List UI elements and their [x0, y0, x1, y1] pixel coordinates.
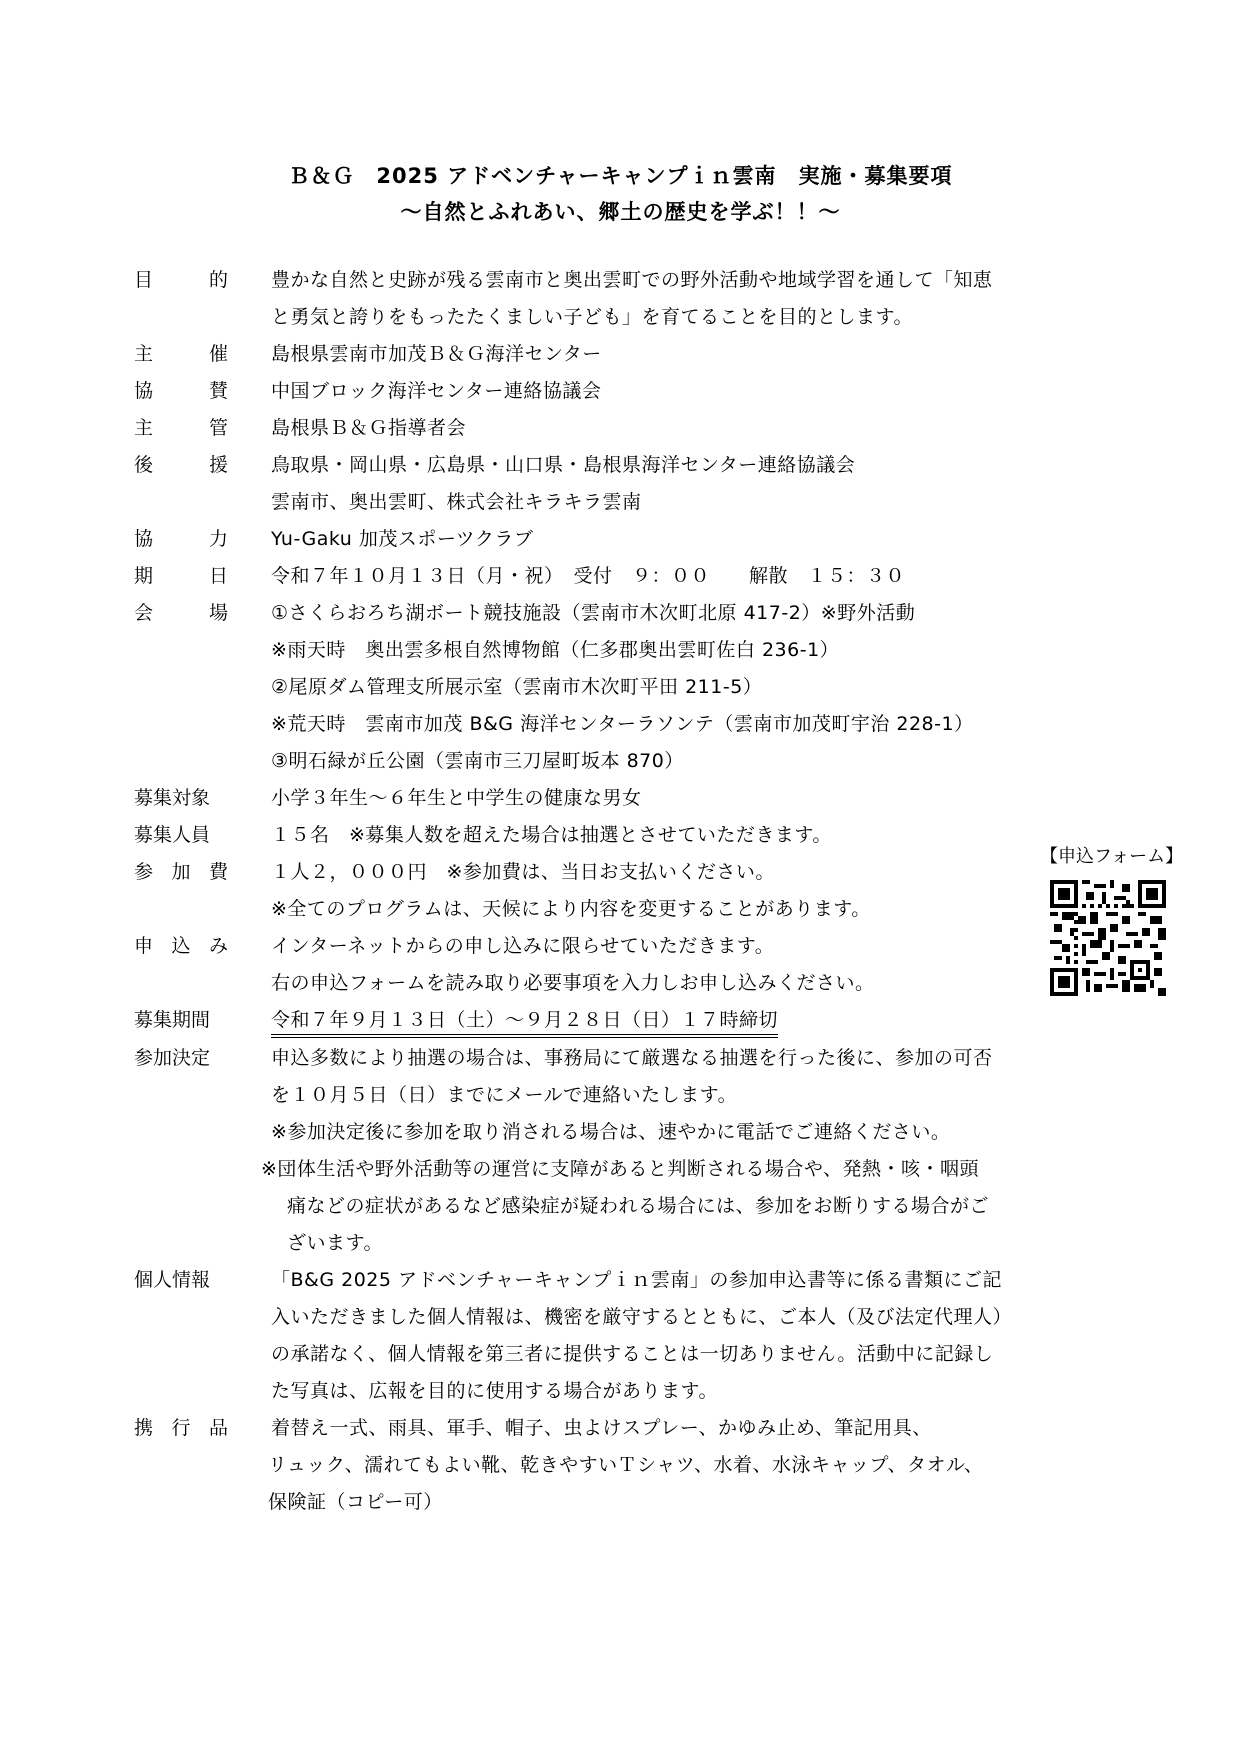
- section-label: 会 場: [134, 601, 228, 625]
- section-label: 主 管: [134, 416, 228, 440]
- label-char: 援: [209, 453, 228, 477]
- document-title: Ｂ＆Ｇ 2025 アドベンチャーキャンプｉｎ雲南 実施・募集要項: [0, 160, 1241, 190]
- label-char: 募集人員: [134, 823, 210, 847]
- section-text: 令和７年１０月１３日（月・祝） 受付 ９：００ 解散 １５：３０: [271, 564, 905, 588]
- section-text: 痛などの症状があるなど感染症が疑われる場合には、参加をお断りする場合がご: [287, 1194, 989, 1218]
- label-char: 場: [209, 601, 228, 625]
- section-text: 島根県雲南市加茂Ｂ＆Ｇ海洋センター: [271, 342, 602, 366]
- label-char: 込: [171, 934, 190, 958]
- qr-code-icon[interactable]: [1050, 880, 1166, 996]
- label-char: 管: [209, 416, 228, 440]
- section-label: 募集期間: [134, 1008, 228, 1032]
- section-label: 参加決定: [134, 1046, 228, 1070]
- label-char: 申: [134, 934, 153, 958]
- section-label: 募集人員: [134, 823, 228, 847]
- section-text: ※参加決定後に参加を取り消される場合は、速やかに電話でご連絡ください。: [271, 1120, 950, 1144]
- label-char: 会: [134, 601, 153, 625]
- section-text: １５名 ※募集人数を超えた場合は抽選とさせていただきます。: [271, 823, 832, 847]
- section-text: 鳥取県・岡山県・広島県・山口県・島根県海洋センター連絡協議会: [271, 453, 855, 477]
- section-label: 募集対象: [134, 786, 228, 810]
- section-label: 後 援: [134, 453, 228, 477]
- section-text: ざいます。: [287, 1231, 383, 1255]
- section-text: 小学３年生～６年生と中学生の健康な男女: [271, 786, 642, 810]
- label-char: 携: [134, 1416, 153, 1440]
- label-char: 加: [171, 860, 190, 884]
- section-text: た写真は、広報を目的に使用する場合があります。: [271, 1379, 718, 1403]
- label-char: 品: [209, 1416, 228, 1440]
- label-char: 期: [134, 564, 153, 588]
- section-label: 協 賛: [134, 379, 228, 403]
- label-char: 募集期間: [134, 1008, 210, 1032]
- label-char: 賛: [209, 379, 228, 403]
- label-char: 目: [134, 268, 153, 292]
- section-text: 島根県Ｂ＆Ｇ指導者会: [271, 416, 466, 440]
- section-text: 雲南市、奥出雲町、株式会社キラキラ雲南: [271, 490, 642, 514]
- application-deadline: 令和７年９月１３日（土）～９月２８日（日）１７時締切: [271, 1008, 778, 1038]
- section-text: ①さくらおろち湖ボート競技施設（雲南市木次町北原 417-2）※野外活動: [271, 601, 915, 625]
- section-text: リュック、濡れてもよい靴、乾きやすいＴシャツ、水着、水泳キャップ、タオル、: [268, 1453, 983, 1477]
- label-char: 協: [134, 527, 153, 551]
- label-char: 催: [209, 342, 228, 366]
- label-char: 日: [209, 564, 228, 588]
- section-label: 参 加 費: [134, 860, 228, 884]
- section-text: 右の申込フォームを読み取り必要事項を入力しお申し込みください。: [271, 971, 875, 995]
- section-text: ③明石緑が丘公園（雲南市三刀屋町坂本 870）: [271, 749, 684, 773]
- label-char: 主: [134, 416, 153, 440]
- label-char: 協: [134, 379, 153, 403]
- section-label: 申 込 み: [134, 934, 228, 958]
- section-text: と勇気と誇りをもったたくましい子ども」を育てることを目的とします。: [271, 305, 913, 329]
- section-label: 期 日: [134, 564, 228, 588]
- label-char: 募集対象: [134, 786, 210, 810]
- section-label: 協 力: [134, 527, 228, 551]
- label-char: 的: [209, 268, 228, 292]
- section-label: 目 的: [134, 268, 228, 292]
- section-text: １人２，０００円 ※参加費は、当日お支払いください。: [271, 860, 775, 884]
- section-text: ※全てのプログラムは、天候により内容を変更することがあります。: [271, 897, 871, 921]
- label-char: 後: [134, 453, 153, 477]
- section-label: 個人情報: [134, 1268, 228, 1292]
- section-text: ※荒天時 雲南市加茂 B&G 海洋センターラソンテ（雲南市加茂町宇治 228-1…: [271, 712, 974, 736]
- section-label: 携 行 品: [134, 1416, 228, 1440]
- section-text: の承諾なく、個人情報を第三者に提供することは一切ありません。活動中に記録し: [271, 1342, 993, 1366]
- label-char: 参加決定: [134, 1046, 210, 1070]
- label-char: み: [209, 934, 228, 958]
- section-text: ※団体生活や野外活動等の運営に支障があると判断される場合や、発熱・咳・咽頭: [261, 1157, 979, 1181]
- section-text: インターネットからの申し込みに限らせていただきます。: [271, 934, 774, 958]
- section-text: を１０月５日（日）までにメールで連絡いたします。: [271, 1083, 737, 1107]
- section-text: 中国ブロック海洋センター連絡協議会: [271, 379, 601, 403]
- label-char: 費: [209, 860, 228, 884]
- label-char: 行: [171, 1416, 190, 1440]
- section-text: ※雨天時 奥出雲多根自然博物館（仁多郡奥出雲町佐白 236-1）: [271, 638, 839, 662]
- label-char: 主: [134, 342, 153, 366]
- label-char: 個人情報: [134, 1268, 210, 1292]
- section-text: 入いただきました個人情報は、機密を厳守するとともに、ご本人（及び法定代理人）: [271, 1305, 1012, 1329]
- section-text: 豊かな自然と史跡が残る雲南市と奥出雲町での野外活動や地域学習を通して「知恵: [271, 268, 993, 292]
- qr-caption: 【申込フォーム】: [1040, 842, 1220, 868]
- label-char: 参: [134, 860, 153, 884]
- section-text: ②尾原ダム管理支所展示室（雲南市木次町平田 211-5）: [271, 675, 762, 699]
- section-text: 保険証（コピー可）: [268, 1490, 443, 1514]
- application-form-qr: 【申込フォーム】: [1040, 842, 1220, 996]
- section-text: 申込多数により抽選の場合は、事務局にて厳選なる抽選を行った後に、参加の可否: [271, 1046, 993, 1070]
- section-label: 主 催: [134, 342, 228, 366]
- label-char: 力: [209, 527, 228, 551]
- section-text: 「B&G 2025 アドベンチャーキャンプｉｎ雲南」の参加申込書等に係る書類にご…: [271, 1268, 1002, 1292]
- document-subtitle: ～自然とふれあい、郷土の歴史を学ぶ！！～: [0, 196, 1241, 226]
- section-text: Yu-Gaku 加茂スポーツクラブ: [271, 527, 533, 551]
- section-text: 着替え一式、雨具、軍手、帽子、虫よけスプレー、かゆみ止め、筆記用具、: [271, 1416, 932, 1440]
